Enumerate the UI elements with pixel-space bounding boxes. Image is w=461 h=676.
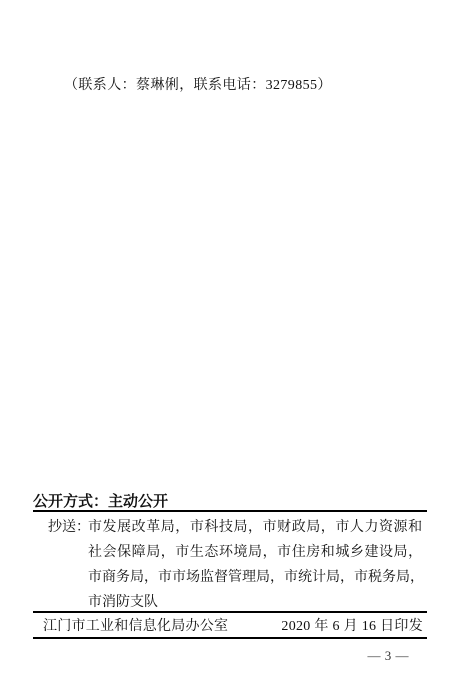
footer-divider-top	[33, 510, 427, 512]
cc-list-line-2: 社会保障局，市生态环境局，市住房和城乡建设局，	[88, 540, 424, 565]
cc-list-line-1: 市发展改革局，市科技局，市财政局，市人力资源和	[88, 515, 424, 540]
cc-label: 抄送：	[48, 515, 90, 540]
issuer-row: 江门市工业和信息化局办公室 2020 年 6 月 16 日印发	[43, 617, 423, 637]
contact-info-line: （联系人：蔡琳俐，联系电话：3279855）	[64, 76, 332, 96]
page-number: — 3 —	[368, 648, 410, 664]
footer-divider-bottom	[33, 637, 427, 639]
footer-divider-middle	[33, 611, 427, 613]
disclosure-method-line: 公开方式：主动公开	[33, 492, 168, 512]
cc-list: 市发展改革局，市科技局，市财政局，市人力资源和 社会保障局，市生态环境局，市住房…	[88, 515, 424, 615]
cc-list-line-3: 市商务局，市市场监督管理局，市统计局，市税务局，	[88, 565, 424, 590]
print-date: 2020 年 6 月 16 日印发	[281, 617, 423, 637]
document-page: （联系人：蔡琳俐，联系电话：3279855） 公开方式：主动公开 抄送： 市发展…	[0, 0, 461, 676]
issuing-office: 江门市工业和信息化局办公室	[43, 617, 228, 637]
